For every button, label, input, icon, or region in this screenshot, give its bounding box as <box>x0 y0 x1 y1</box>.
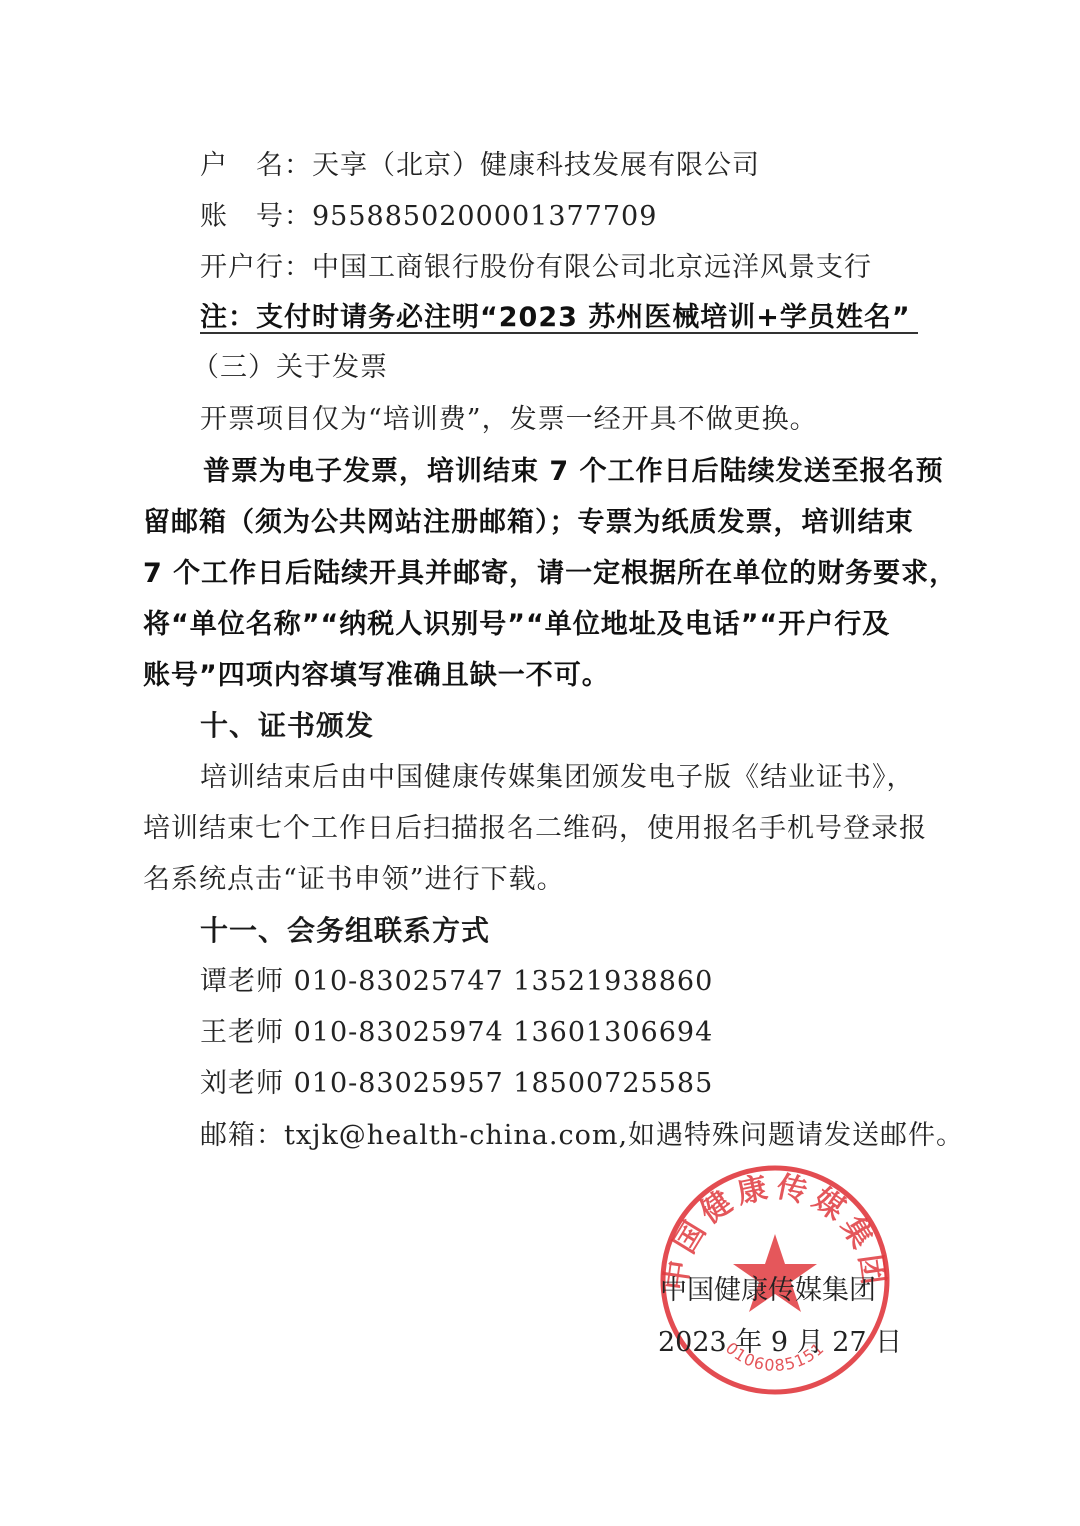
contact-tel: 010-83025747 <box>294 966 504 997</box>
contact-mobile: 18500725585 <box>513 1068 713 1099</box>
certificate-heading: 十、证书颁发 <box>200 710 374 742</box>
bank-value: 中国工商银行股份有限公司北京远洋风景支行 <box>312 252 872 283</box>
account-name-row: 户 名：天享（北京）健康科技发展有限公司 <box>200 150 760 182</box>
invoice-heading: （三）关于发票 <box>192 352 388 384</box>
contact-row: 王老师 010-83025974 13601306694 <box>200 1017 713 1049</box>
contact-mobile: 13521938860 <box>513 966 713 997</box>
note-underline <box>200 332 918 334</box>
signature-date: 2023 年 9 月 27 日 <box>658 1320 902 1359</box>
invoice-para-line: 将“单位名称”“纳税人识别号”“单位地址及电话”“开户行及 <box>143 609 890 641</box>
certificate-line: 培训结束后由中国健康传媒集团颁发电子版《结业证书》， <box>200 762 915 794</box>
bank-row: 开户行：中国工商银行股份有限公司北京远洋风景支行 <box>200 252 872 284</box>
contact-mobile: 13601306694 <box>513 1017 713 1048</box>
account-name-label: 户 名： <box>200 150 312 181</box>
invoice-line: 开票项目仅为“培训费”，发票一经开具不做更换。 <box>200 404 818 436</box>
invoice-para-line: 留邮箱（须为公共网站注册邮箱）；专票为纸质发票，培训结束 <box>143 507 914 539</box>
contacts-heading: 十一、会务组联系方式 <box>200 915 490 947</box>
account-number-label: 账 号： <box>200 201 312 232</box>
contact-row: 谭老师 010-83025747 13521938860 <box>200 966 713 998</box>
contact-row: 刘老师 010-83025957 18500725585 <box>200 1068 713 1100</box>
bank-label: 开户行： <box>200 252 312 283</box>
invoice-para-line: 7 个工作日后陆续开具并邮寄，请一定根据所在单位的财务要求， <box>143 558 957 590</box>
invoice-para-line: 普票为电子发票，培训结束 7 个工作日后陆续发送至报名预 <box>203 456 944 488</box>
contact-name: 谭老师 <box>200 966 284 997</box>
account-name-value: 天享（北京）健康科技发展有限公司 <box>312 150 760 181</box>
certificate-line: 培训结束七个工作日后扫描报名二维码，使用报名手机号登录报 <box>143 813 927 845</box>
signature-org: 中国健康传媒集团 <box>660 1268 876 1307</box>
invoice-para-line: 账号”四项内容填写准确且缺一不可。 <box>143 660 610 692</box>
contact-tel: 010-83025957 <box>294 1068 504 1099</box>
account-number-value: 9558850200001377709 <box>312 201 657 232</box>
account-number-row: 账 号：9558850200001377709 <box>200 201 657 233</box>
contact-email: 邮箱：txjk@health-china.com,如遇特殊问题请发送邮件。 <box>200 1120 964 1152</box>
payment-note: 注：支付时请务必注明“2023 苏州医械培训+学员姓名” <box>200 302 911 334</box>
contact-name: 王老师 <box>200 1017 284 1048</box>
certificate-line: 名系统点击“证书申领”进行下载。 <box>143 864 565 896</box>
contact-name: 刘老师 <box>200 1068 284 1099</box>
contact-tel: 010-83025974 <box>294 1017 504 1048</box>
